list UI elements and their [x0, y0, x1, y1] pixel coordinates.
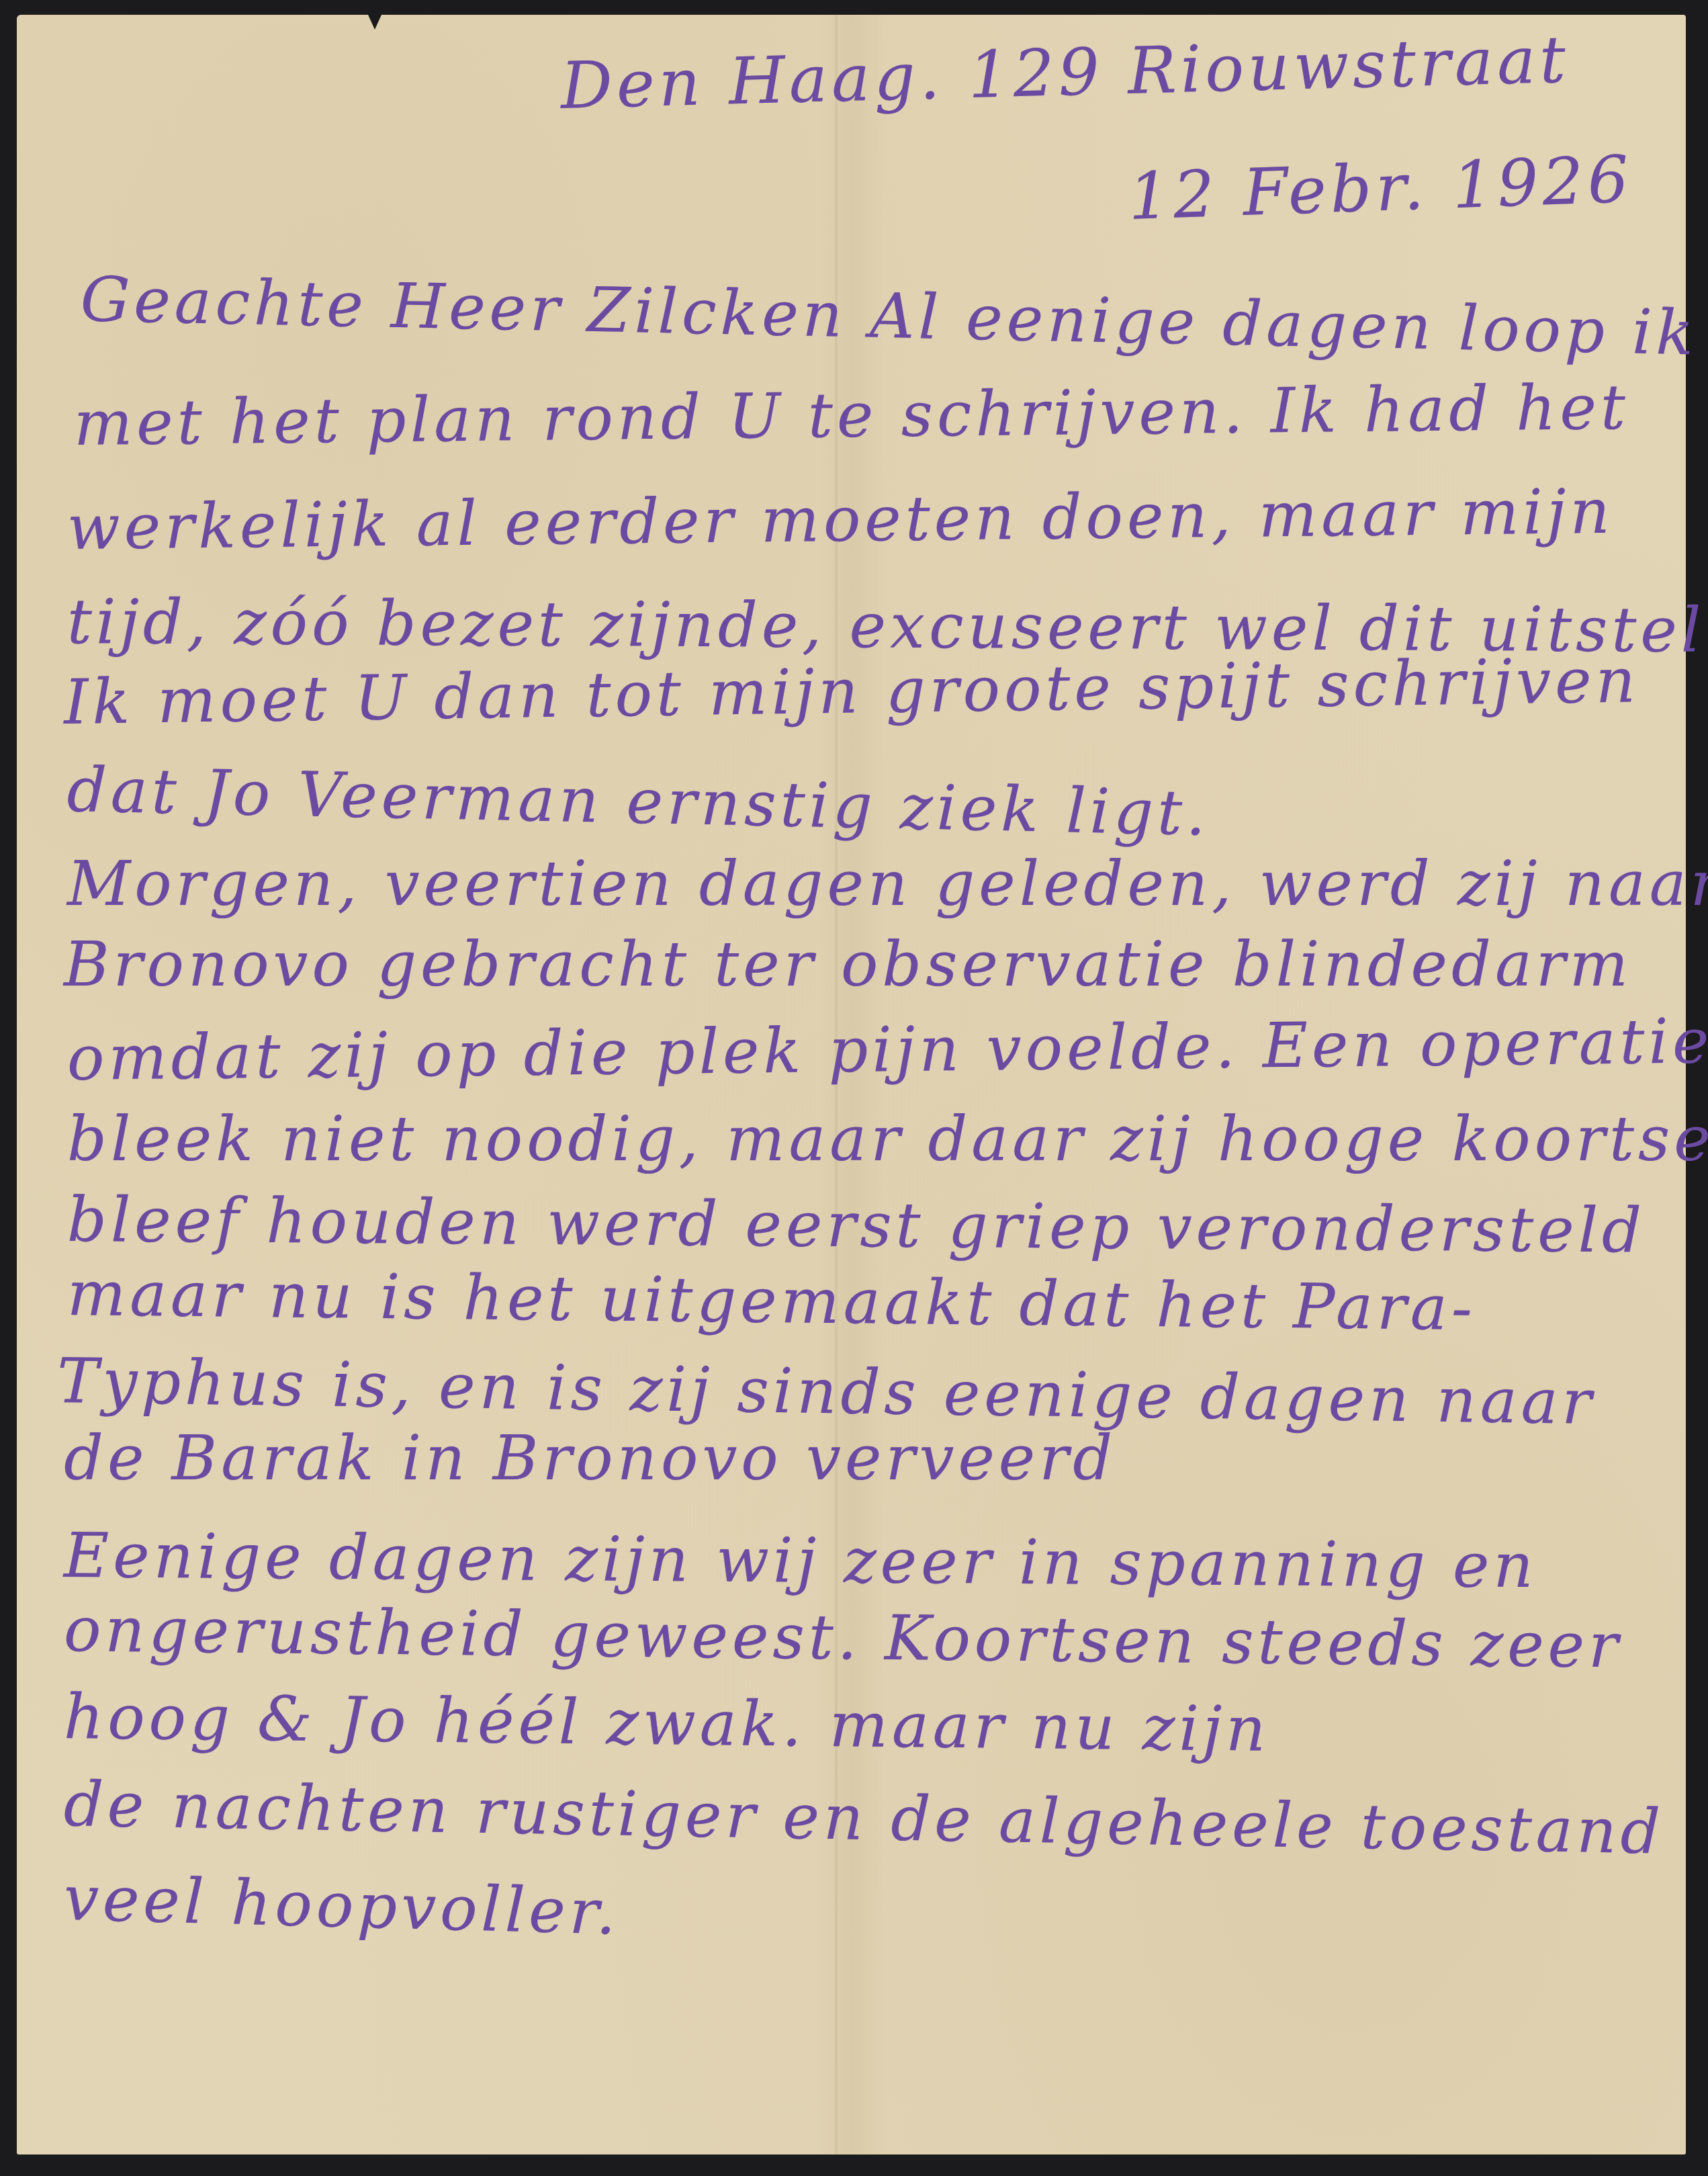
paper-notch — [368, 15, 381, 30]
letter-line: de Barak in Bronovo verveerd — [64, 1428, 1116, 1489]
letter-line: Bronovo gebracht ter observatie blindeda… — [64, 934, 1632, 996]
letter-line: bleek niet noodig, maar daar zij hooge k… — [67, 1108, 1708, 1170]
letter-line: bleef houden werd eerst griep veronderst… — [67, 1189, 1646, 1262]
letter-line: ongerustheid geweest. Koortsen steeds ze… — [64, 1599, 1623, 1677]
letter-line: omdat zij op die plek pijn voelde. Een o… — [67, 1010, 1708, 1090]
letter-line: Eenige dagen zijn wij zeer in spanning e… — [64, 1525, 1537, 1597]
letter-line: hoog & Jo héél zwak. maar nu zijn — [64, 1686, 1270, 1761]
letter-date: 12 Febr. 1926 — [1127, 147, 1633, 229]
letter-line: veel hoopvoller. — [63, 1868, 621, 1944]
letter-line: Morgen, veertien dagen geleden, werd zij… — [67, 853, 1708, 915]
letter-line: maar nu is het uitgemaakt dat het Para- — [67, 1263, 1477, 1340]
letter-line: werkelijk al eerder moeten doen, maar mi… — [67, 481, 1615, 559]
letter-line: met het plan rond U te schrijven. Ik had… — [74, 377, 1630, 455]
